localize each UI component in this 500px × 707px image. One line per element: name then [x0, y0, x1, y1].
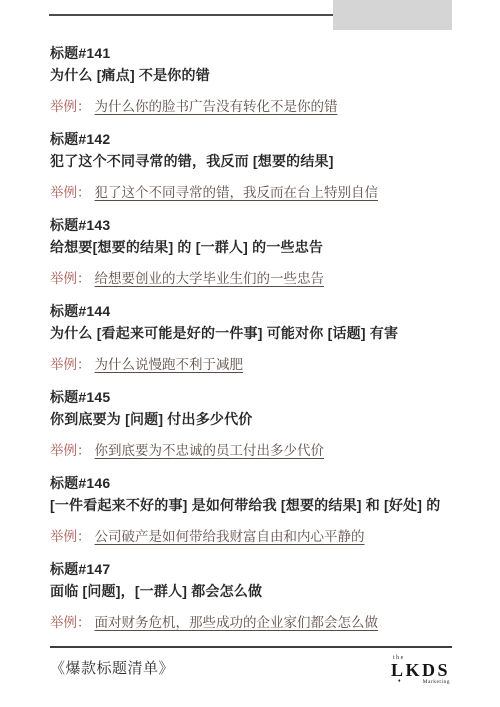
example-text: 面对财务危机，那些成功的企业家们都会怎么做: [95, 615, 379, 630]
example-line: 举例：你到底要为不忠诚的员工付出多少代价: [50, 440, 452, 462]
section-number: 标题#142: [50, 128, 452, 150]
page-footer: 《爆款标题清单》 the LKDS ♦ Marketing: [50, 646, 452, 685]
example-line: 举例：公司破产是如何带给我财富自由和内心平静的: [50, 526, 452, 548]
example-line: 举例：犯了这个不同寻常的错，我反而在台上特别自信: [50, 182, 452, 204]
example-label: 举例：: [50, 271, 91, 286]
section-number: 标题#143: [50, 214, 452, 236]
document-page: 标题#141 为什么 [痛点] 不是你的错 举例：为什么你的脸书广告没有转化不是…: [0, 0, 500, 707]
example-label: 举例：: [50, 529, 91, 544]
section-template: 为什么 [看起来可能是好的一件事] 可能对你 [话题] 有害: [50, 322, 452, 344]
example-text: 为什么说慢跑不利于减肥: [95, 357, 244, 372]
logo-wordmark: LKDS: [391, 661, 450, 679]
example-line: 举例：为什么你的脸书广告没有转化不是你的错: [50, 96, 452, 118]
example-line: 举例：给想要创业的大学毕业生们的一些忠告: [50, 268, 452, 290]
top-divider: [49, 14, 333, 16]
example-label: 举例：: [50, 443, 91, 458]
diamond-icon: ♦: [398, 679, 401, 685]
section-template: 面临 [问题]，[一群人] 都会怎么做: [50, 580, 452, 602]
redacted-placeholder-box: [333, 0, 452, 30]
section-number: 标题#146: [50, 472, 452, 494]
headline-section: 标题#147 面临 [问题]，[一群人] 都会怎么做 举例：面对财务危机，那些成…: [50, 558, 452, 634]
example-label: 举例：: [50, 185, 91, 200]
headline-list: 标题#141 为什么 [痛点] 不是你的错 举例：为什么你的脸书广告没有转化不是…: [50, 42, 452, 644]
example-text: 公司破产是如何带给我财富自由和内心平静的: [95, 529, 365, 544]
footer-row: 《爆款标题清单》 the LKDS ♦ Marketing: [50, 657, 452, 685]
example-label: 举例：: [50, 357, 91, 372]
example-line: 举例：面对财务危机，那些成功的企业家们都会怎么做: [50, 612, 452, 634]
example-text: 犯了这个不同寻常的错，我反而在台上特别自信: [95, 185, 379, 200]
headline-section: 标题#145 你到底要为 [问题] 付出多少代价 举例：你到底要为不忠诚的员工付…: [50, 386, 452, 462]
example-text: 你到底要为不忠诚的员工付出多少代价: [95, 443, 325, 458]
headline-section: 标题#146 [一件看起来不好的事] 是如何带给我 [想要的结果] 和 [好处]…: [50, 472, 452, 548]
headline-section: 标题#142 犯了这个不同寻常的错，我反而 [想要的结果] 举例：犯了这个不同寻…: [50, 128, 452, 204]
section-template: 为什么 [痛点] 不是你的错: [50, 64, 452, 86]
section-number: 标题#147: [50, 558, 452, 580]
example-line: 举例：为什么说慢跑不利于减肥: [50, 354, 452, 376]
section-template: 你到底要为 [问题] 付出多少代价: [50, 408, 452, 430]
document-title: 《爆款标题清单》: [50, 657, 174, 678]
section-number: 标题#141: [50, 42, 452, 64]
section-number: 标题#144: [50, 300, 452, 322]
footer-divider: [50, 646, 452, 648]
headline-section: 标题#143 给想要[想要的结果] 的 [一群人] 的一些忠告 举例：给想要创业…: [50, 214, 452, 290]
headline-section: 标题#144 为什么 [看起来可能是好的一件事] 可能对你 [话题] 有害 举例…: [50, 300, 452, 376]
section-template: [一件看起来不好的事] 是如何带给我 [想要的结果] 和 [好处] 的: [50, 494, 452, 516]
section-template: 犯了这个不同寻常的错，我反而 [想要的结果]: [50, 150, 452, 172]
section-number: 标题#145: [50, 386, 452, 408]
headline-section: 标题#141 为什么 [痛点] 不是你的错 举例：为什么你的脸书广告没有转化不是…: [50, 42, 452, 118]
example-text: 给想要创业的大学毕业生们的一些忠告: [95, 271, 325, 286]
example-label: 举例：: [50, 615, 91, 630]
logo-marketing-text: Marketing: [423, 679, 450, 685]
example-label: 举例：: [50, 99, 91, 114]
section-template: 给想要[想要的结果] 的 [一群人] 的一些忠告: [50, 236, 452, 258]
example-text: 为什么你的脸书广告没有转化不是你的错: [95, 99, 338, 114]
lkds-marketing-logo: the LKDS ♦ Marketing: [391, 655, 450, 685]
